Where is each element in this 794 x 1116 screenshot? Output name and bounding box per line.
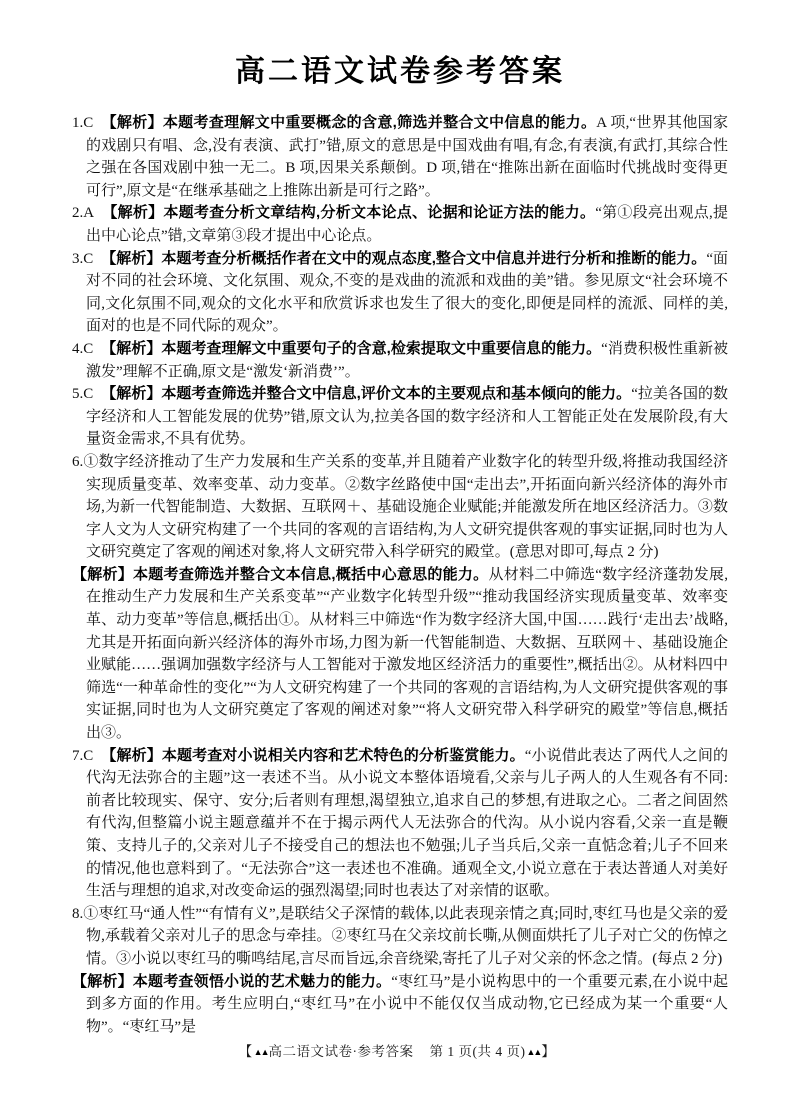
answer-item-3: 3.C【解析】本题考查分析概括作者在文中的观点态度,整合文中信息并进行分析和推断…	[72, 248, 728, 338]
analysis-heading: 【解析】本题考查筛选并整合文中信息,评价文本的主要观点和基本倾向的能力。	[101, 385, 631, 402]
item-number: 1.C	[72, 115, 93, 131]
answer-sheet-page: 高二语文试卷参考答案 1.C【解析】本题考查理解文中重要概念的含意,筛选并整合文…	[0, 0, 794, 1116]
answer-item-5: 5.C【解析】本题考查筛选并整合文中信息,评价文本的主要观点和基本倾向的能力。“…	[72, 383, 728, 451]
item-number: 3.C	[72, 251, 93, 267]
analysis-heading: 【解析】本题考查理解文中重要概念的含意,筛选并整合文中信息的能力。	[101, 114, 596, 131]
answer-list: 1.C【解析】本题考查理解文中重要概念的含意,筛选并整合文中信息的能力。A 项,…	[72, 112, 728, 1038]
page-footer: 【▲▲高二语文试卷·参考答案第 1 页(共 4 页)▲▲】	[0, 1040, 794, 1060]
answer-item-4: 4.C【解析】本题考查理解文中重要句子的含意,检索提取文中重要信息的能力。“消费…	[72, 338, 728, 383]
document-title: 高二语文试卷参考答案	[72, 54, 728, 90]
answer-item-2: 2.A【解析】本题考查分析文章结构,分析文本论点、论据和论证方法的能力。“第①段…	[72, 202, 728, 247]
analysis-body: “小说借此表达了两代人之间的代沟无法弥合的主题”这一表述不当。从小说文本整体语境…	[86, 748, 728, 900]
analysis-heading: 【解析】本题考查筛选并整合文本信息,概括中心意思的能力。	[72, 566, 488, 583]
footer-bracket-right: 】	[541, 1044, 555, 1059]
analysis-heading: 【解析】本题考查对小说相关内容和艺术特色的分析鉴赏能力。	[101, 747, 525, 764]
answer-text: ①枣红马“通人性”“有情有义”,是联结父子深情的载体,以此表现亲情之真;同时,枣…	[83, 906, 728, 967]
publisher-logo-icon: ▲▲	[527, 1047, 541, 1057]
analysis-heading: 【解析】本题考查理解文中重要句子的含意,检索提取文中重要信息的能力。	[101, 340, 601, 357]
footer-bracket-left: 【	[239, 1044, 253, 1059]
answer-text: ①数字经济推动了生产力发展和生产关系的变革,并且随着产业数字化的转型升级,将推动…	[83, 454, 728, 560]
item-number: 2.A	[72, 205, 94, 221]
answer-item-7: 7.C【解析】本题考查对小说相关内容和艺术特色的分析鉴赏能力。“小说借此表达了两…	[72, 745, 728, 903]
item-number: 8.	[72, 906, 83, 922]
analysis-heading: 【解析】本题考查分析文章结构,分析文本论点、论据和论证方法的能力。	[102, 204, 595, 221]
answer-item-8: 8.①枣红马“通人性”“有情有义”,是联结父子深情的载体,以此表现亲情之真;同时…	[72, 903, 728, 971]
answer-item-6: 6.①数字经济推动了生产力发展和生产关系的变革,并且随着产业数字化的转型升级,将…	[72, 451, 728, 564]
answer-item-1: 1.C【解析】本题考查理解文中重要概念的含意,筛选并整合文中信息的能力。A 项,…	[72, 112, 728, 202]
answer-item-8-analysis: 【解析】本题考查领悟小说的艺术魅力的能力。“枣红马”是小说构思中的一个重要元素,…	[72, 971, 728, 1039]
item-number: 7.C	[72, 748, 93, 764]
analysis-body: 从材料二中筛选“数字经济蓬勃发展,在推动生产力发展和生产关系变革”“产业数字化转…	[86, 567, 728, 741]
item-number: 6.	[72, 454, 83, 470]
publisher-logo-icon: ▲▲	[254, 1047, 268, 1057]
answer-item-6-analysis: 【解析】本题考查筛选并整合文本信息,概括中心意思的能力。从材料二中筛选“数字经济…	[72, 564, 728, 745]
item-number: 4.C	[72, 341, 93, 357]
analysis-heading: 【解析】本题考查分析概括作者在文中的观点态度,整合文中信息并进行分析和推断的能力…	[101, 250, 706, 267]
footer-page-number: 第 1 页(共 4 页)	[430, 1044, 526, 1059]
analysis-heading: 【解析】本题考查领悟小说的艺术魅力的能力。	[72, 973, 391, 990]
item-number: 5.C	[72, 386, 93, 402]
footer-doc-label: 高二语文试卷·参考答案	[269, 1044, 414, 1059]
